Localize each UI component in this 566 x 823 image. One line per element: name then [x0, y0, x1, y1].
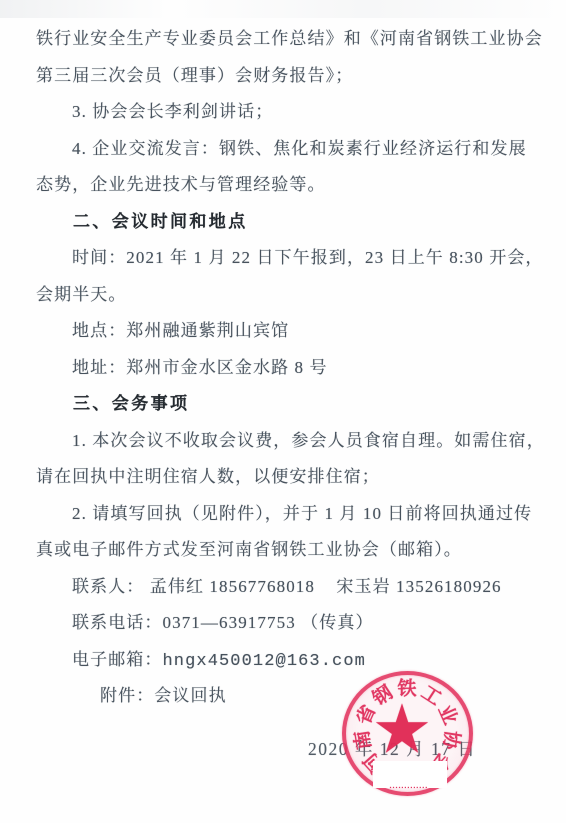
- document-line: 时间：2021 年 1 月 22 日下午报到，23 日上午 8:30 开会，: [36, 240, 530, 277]
- seal-serial-marks: ▪▪▪▪▪▪▪▪▪▪▪▪▪: [375, 786, 443, 791]
- email-label: 电子邮箱：: [72, 650, 163, 669]
- document-line: 2. 请填写回执（见附件），并于 1 月 10 日前将回执通过传: [36, 496, 530, 533]
- document-line: 铁行业安全生产专业委员会工作总结》和《河南省钢铁工业协会: [36, 21, 530, 58]
- email-address: hngx450012@163.com: [163, 652, 366, 671]
- document-line: 地址：郑州市金水区金水路 8 号: [36, 350, 530, 387]
- contact-phone-line: 联系电话：0371—63917753 （传真）: [36, 605, 530, 642]
- section-heading-meeting-time-place: 二、会议时间和地点: [36, 204, 530, 241]
- document-body: 铁行业安全生产专业委员会工作总结》和《河南省钢铁工业协会 第三届三次会员（理事）…: [36, 21, 530, 715]
- official-seal: 河 南 省 钢 铁 工 业 协 会 ★ ▪▪▪▪▪▪▪▪▪▪▪▪▪: [342, 671, 473, 796]
- scanned-document-page: 铁行业安全生产专业委员会工作总结》和《河南省钢铁工业协会 第三届三次会员（理事）…: [0, 0, 566, 823]
- document-line: 4. 企业交流发言：钢铁、焦化和炭素行业经济运行和发展: [36, 131, 530, 168]
- document-line: 地点：郑州融通紫荆山宾馆: [36, 313, 530, 350]
- document-line: 真或电子邮件方式发至河南省钢铁工业协会（邮箱）。: [36, 532, 530, 569]
- star-icon: ★: [372, 697, 433, 765]
- document-line: 态势，企业先进技术与管理经验等。: [36, 167, 530, 204]
- document-line: 会期半天。: [36, 277, 530, 314]
- section-heading-meeting-affairs: 三、会务事项: [36, 386, 530, 423]
- document-line: 第三届三次会员（理事）会财务报告》；: [36, 58, 530, 95]
- contact-persons-line: 联系人： 孟伟红 18567768018 宋玉岩 13526180926: [36, 569, 530, 606]
- whiteout-patch: [373, 761, 447, 788]
- seal-org-char: 协: [438, 729, 468, 752]
- document-line: 3. 协会会长李利剑讲话；: [36, 94, 530, 131]
- document-line: 请在回执中注明住宿人数，以便安排住宿；: [36, 459, 530, 496]
- document-line: 1. 本次会议不收取会议费，参会人员食宿自理。如需住宿，: [36, 423, 530, 460]
